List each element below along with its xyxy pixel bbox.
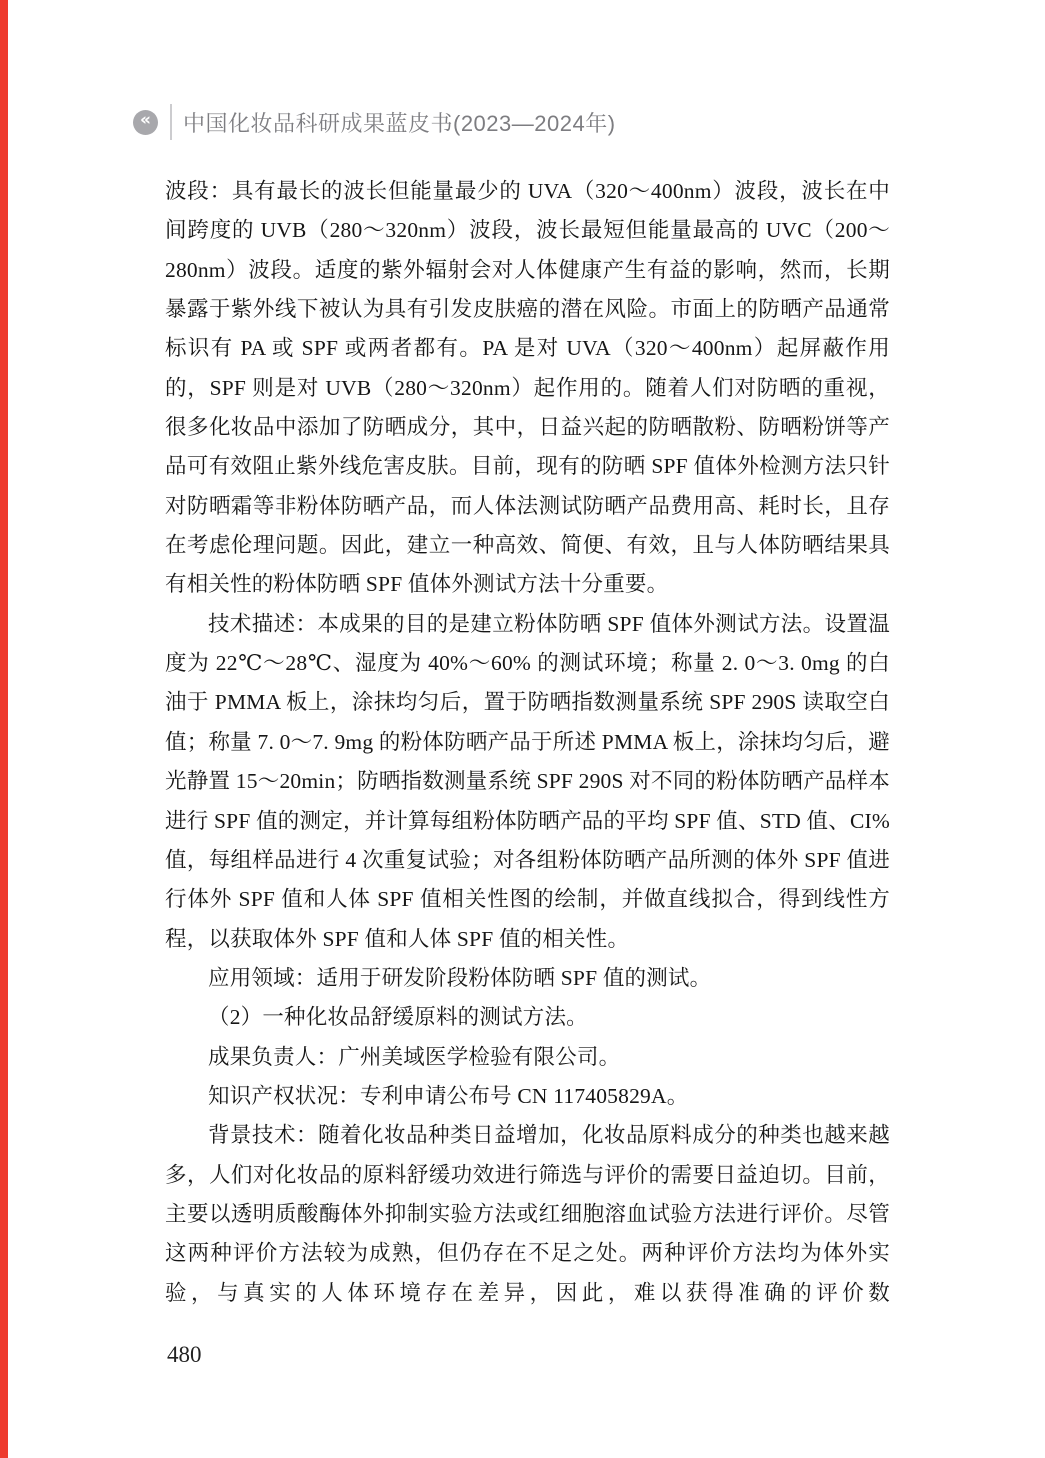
paragraph: 背景技术：随着化妆品种类日益增加，化妆品原料成分的种类也越来越多，人们对化妆品的… [165,1116,890,1313]
chevron-double-left-icon: « [133,110,158,135]
book-page: « 中国化妆品科研成果蓝皮书(2023—2024年) 波段：具有最长的波长但能量… [0,0,1045,1458]
running-header: « 中国化妆品科研成果蓝皮书(2023—2024年) [133,103,616,141]
page-edge-red-bar [0,0,8,1458]
paragraph: 波段：具有最长的波长但能量最少的 UVA（320～400nm）波段，波长在中间跨… [165,172,890,605]
paragraph: 技术描述：本成果的目的是建立粉体防晒 SPF 值体外测试方法。设置温度为 22℃… [165,605,890,959]
page-number: 480 [167,1342,202,1368]
book-title: 中国化妆品科研成果蓝皮书(2023—2024年) [183,107,616,138]
header-divider [170,104,172,140]
paragraph: 应用领域：适用于研发阶段粉体防晒 SPF 值的测试。 [165,959,890,998]
chevron-glyph: « [140,110,151,130]
paragraph: （2）一种化妆品舒缓原料的测试方法。 [165,998,890,1037]
paragraph: 成果负责人：广州美域医学检验有限公司。 [165,1038,890,1077]
body-text: 波段：具有最长的波长但能量最少的 UVA（320～400nm）波段，波长在中间跨… [165,172,890,1313]
paragraph: 知识产权状况：专利申请公布号 CN 117405829A。 [165,1077,890,1116]
